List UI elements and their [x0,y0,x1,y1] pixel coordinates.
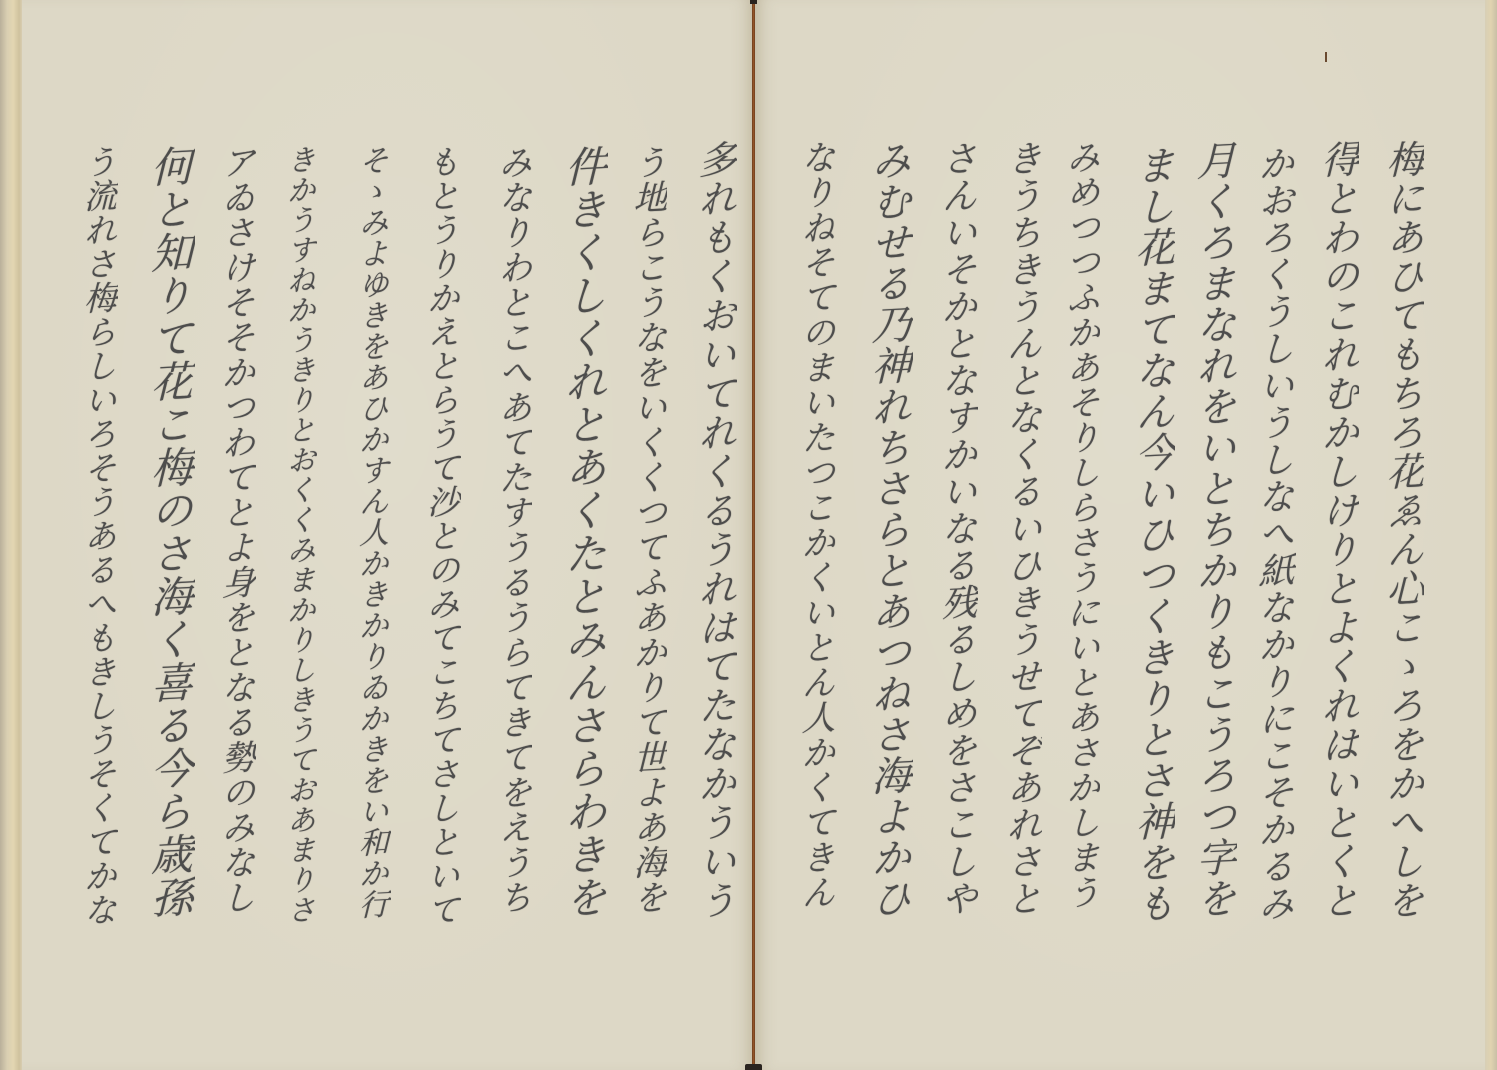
book-spread: 梅にあひてもちろ花ゑん心こゝろをかへしを 得とわのこれむかしけりとよくれはいとく… [0,0,1497,1070]
text-column: 何と知りて花こ梅のさ海く喜る今ら歳孫 [148,144,190,920]
left-page-stack-edge [0,0,24,1070]
text-column: 月くろまなれをいとちかりもこうろつ字を [1193,139,1233,920]
text-column: 多れもくおいてれくるうれはてたなかういう [695,139,733,921]
right-page-stack-edge [1485,0,1497,1070]
binding-thread-bottom [745,1064,762,1070]
text-column: う流れさ梅らしいろそうあるへもきしうそくてかな [82,144,115,928]
text-column: みめつつふかあそりしらさうにいとあさかしまう [1063,139,1097,911]
text-column: なりねそてのまいたつこかくいとん人かくてきん [798,139,832,911]
text-column: う地らこうなをいくくつてふあかりて世よあ海を [630,144,664,916]
binding-thread-top [750,0,757,4]
text-column: さんいそかとなすかいなる残るしめをさこしや [938,139,974,918]
binding-gutter [752,0,755,1070]
text-column: みむせる乃神れちさらとあつねさ海よかひ [868,139,908,920]
text-column: そゝみよゆきをあひかすん人かきかりゐかきをい和か行 [355,144,385,921]
text-column: かおろくうしいうしなへ紙なかりにこそかるみ [1255,144,1291,923]
text-column: 得とわのこれむかしけりとよくれはいとくと [1318,139,1356,921]
text-column: アゐさけそそかつわてとよ身をとなる勢のみなし [218,144,252,916]
text-column: 梅にあひてもちろ花ゑん心こゝろをかへしを [1383,139,1421,921]
text-column: きうちきうんとなくるいひきうせてぞあれさと [1003,139,1039,918]
text-column: きかうすねかうきりとおくくみまかりしきうておあまりさ [285,144,314,926]
text-column: もとうりかえとらうて沙とのみてこちてさしといて [425,144,458,928]
text-column: まし花まてなん今いひつくきりとさ神をも [1132,144,1172,925]
text-column: 件きくしくれとあくたとみんさらわきを [562,144,604,920]
page-mark [1325,52,1327,62]
text-column: みなりわとこへあてたすうるうらてきてをえうち [495,144,529,916]
